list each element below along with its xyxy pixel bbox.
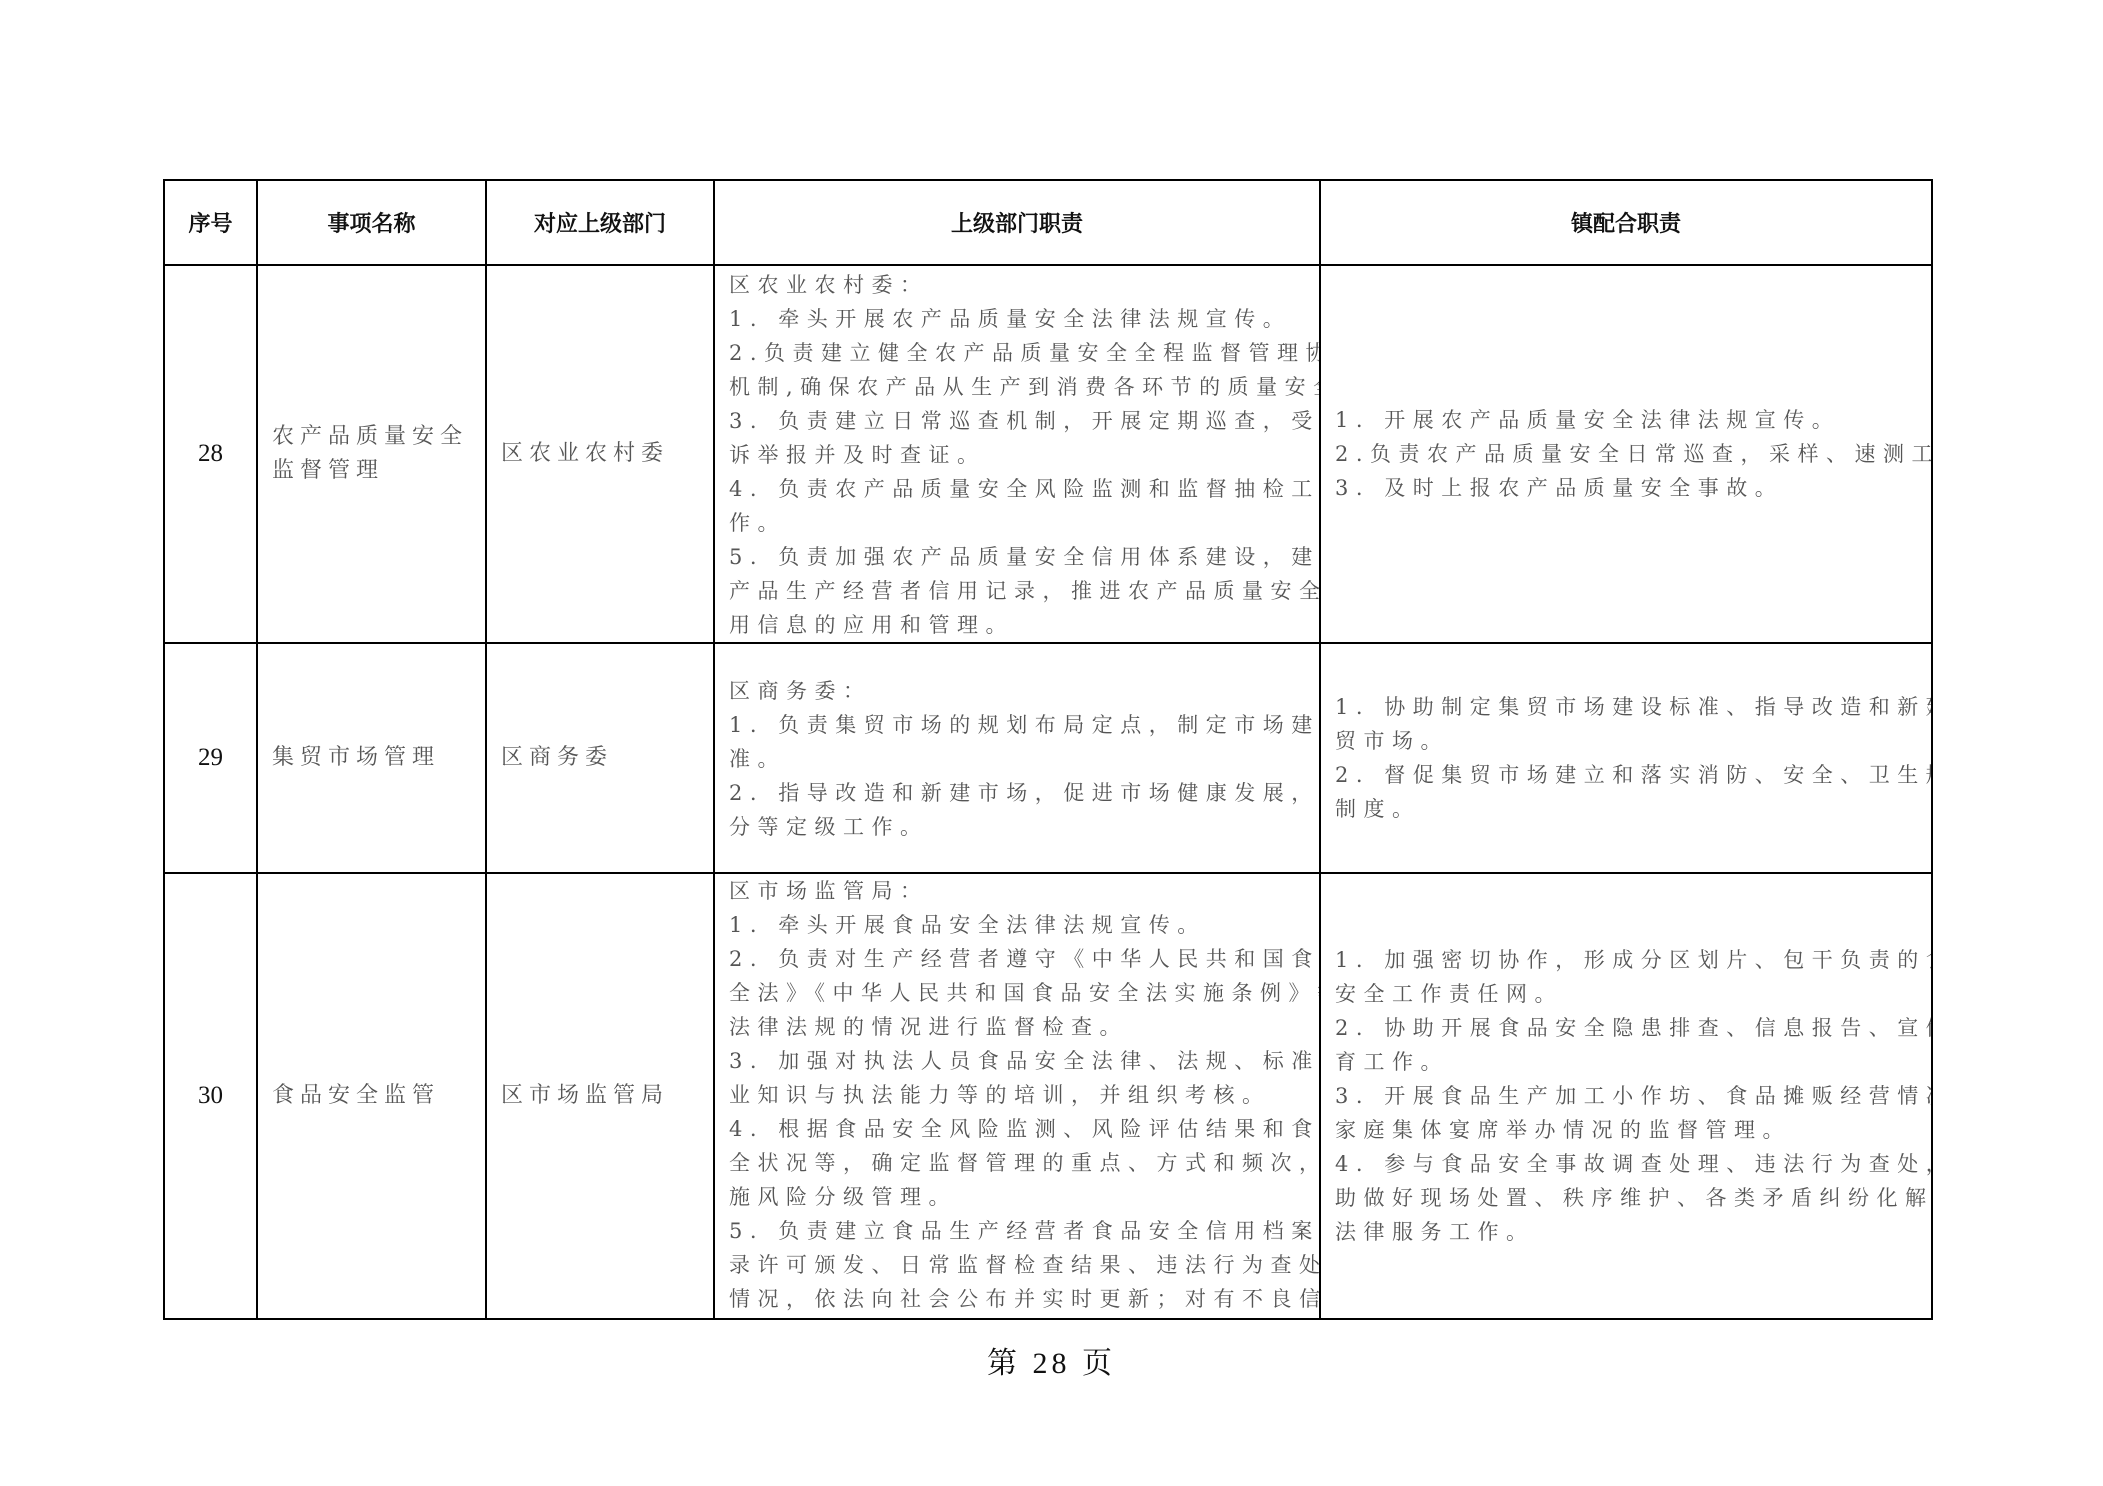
duty-line: 育工作。 xyxy=(1335,1045,1923,1079)
duty-line: 用信息的应用和管理。 xyxy=(729,608,1311,642)
row-seq: 28 xyxy=(164,265,257,643)
duty-line: 5. 负责建立食品生产经营者食品安全信用档案，记 xyxy=(729,1214,1311,1248)
document-page: 序号 事项名称 对应上级部门 上级部门职责 镇配合职责 28 农产品质量安全 监… xyxy=(0,0,2103,1486)
duty-line: 区农业农村委： xyxy=(729,268,1311,302)
item-name-line: 集贸市场管理 xyxy=(272,741,485,775)
duty-line: 全法》《中华人民共和国食品安全法实施条例》等 xyxy=(729,976,1311,1010)
duty-line: 3. 及时上报农产品质量安全事故。 xyxy=(1335,471,1923,505)
duty-line: 情况，依法向社会公布并实时更新；对有不良信用 xyxy=(729,1282,1311,1316)
duty-line: 录许可颁发、日常监督检查结果、违法行为查处等 xyxy=(729,1248,1311,1282)
duty-line: 4. 根据食品安全风险监测、风险评估结果和食品安 xyxy=(729,1112,1311,1146)
duty-line: 3. 负责建立日常巡查机制，开展定期巡查，受理投 xyxy=(729,404,1311,438)
duty-line: 制度。 xyxy=(1335,792,1923,826)
duty-line: 1. 负责集贸市场的规划布局定点，制定市场建设标 xyxy=(729,708,1311,742)
row-town-duties: 1. 加强密切协作，形成分区划片、包干负责的食品 安全工作责任网。 2. 协助开… xyxy=(1320,873,1932,1319)
duty-line: 1. 加强密切协作，形成分区划片、包干负责的食品 xyxy=(1335,943,1923,977)
item-name-line: 农产品质量安全 xyxy=(272,420,485,454)
row-seq: 30 xyxy=(164,873,257,1319)
duty-line: 准。 xyxy=(729,742,1311,776)
row-dept: 区农业农村委 xyxy=(486,265,714,643)
row-item-name: 食品安全监管 xyxy=(257,873,486,1319)
page-number: 第 28 页 xyxy=(0,1338,2103,1382)
row-town-duties: 1. 开展农产品质量安全法律法规宣传。 2.负责农产品质量安全日常巡查，采样、速… xyxy=(1320,265,1932,643)
duty-line: 法律法规的情况进行监督检查。 xyxy=(729,1010,1311,1044)
duty-line: 1. 开展农产品质量安全法律法规宣传。 xyxy=(1335,403,1923,437)
duty-line: 3. 加强对执法人员食品安全法律、法规、标准和专 xyxy=(729,1044,1311,1078)
duty-line: 2.负责农产品质量安全日常巡查，采样、速测工作。 xyxy=(1335,437,1923,471)
row-seq: 29 xyxy=(164,643,257,873)
duty-line: 区市场监管局： xyxy=(729,874,1311,908)
duty-line: 2. 负责对生产经营者遵守《中华人民共和国食品安 xyxy=(729,942,1311,976)
row-upper-duties: 区商务委： 1. 负责集贸市场的规划布局定点，制定市场建设标 准。 2. 指导改… xyxy=(714,643,1320,873)
duty-line: 2. 指导改造和新建市场，促进市场健康发展，开展 xyxy=(729,776,1311,810)
duty-line: 1. 牵头开展农产品质量安全法律法规宣传。 xyxy=(729,302,1311,336)
duty-line: 2. 协助开展食品安全隐患排查、信息报告、宣传教 xyxy=(1335,1011,1923,1045)
duty-line: 2. 督促集贸市场建立和落实消防、安全、卫生规章 xyxy=(1335,758,1923,792)
duty-line: 施风险分级管理。 xyxy=(729,1180,1311,1214)
duty-line: 诉举报并及时查证。 xyxy=(729,438,1311,472)
duty-line: 作。 xyxy=(729,506,1311,540)
duty-line: 助做好现场处置、秩序维护、各类矛盾纠纷化解和 xyxy=(1335,1181,1923,1215)
duty-line: 业知识与执法能力等的培训，并组织考核。 xyxy=(729,1078,1311,1112)
header-upper-dept: 对应上级部门 xyxy=(486,180,714,265)
header-seq: 序号 xyxy=(164,180,257,265)
header-item-name: 事项名称 xyxy=(257,180,486,265)
duty-line: 4. 负责农产品质量安全风险监测和监督抽检工 xyxy=(729,472,1311,506)
table-header-row: 序号 事项名称 对应上级部门 上级部门职责 镇配合职责 xyxy=(164,180,1932,265)
duty-line: 5. 负责加强农产品质量安全信用体系建设，建立农 xyxy=(729,540,1311,574)
duty-line: 分等定级工作。 xyxy=(729,810,1311,844)
row-item-name: 农产品质量安全 监督管理 xyxy=(257,265,486,643)
duty-line: 安全工作责任网。 xyxy=(1335,977,1923,1011)
row-upper-duties: 区市场监管局： 1. 牵头开展食品安全法律法规宣传。 2. 负责对生产经营者遵守… xyxy=(714,873,1320,1319)
duty-line: 机制,确保农产品从生产到消费各环节的质量安全。 xyxy=(729,370,1311,404)
duty-line: 贸市场。 xyxy=(1335,724,1923,758)
responsibility-table: 序号 事项名称 对应上级部门 上级部门职责 镇配合职责 28 农产品质量安全 监… xyxy=(163,179,1933,1320)
row-item-name: 集贸市场管理 xyxy=(257,643,486,873)
header-town-duties: 镇配合职责 xyxy=(1320,180,1932,265)
duty-line: 法律服务工作。 xyxy=(1335,1215,1923,1249)
duty-line: 3. 开展食品生产加工小作坊、食品摊贩经营情况、 xyxy=(1335,1079,1923,1113)
duty-line: 全状况等，确定监督管理的重点、方式和频次，实 xyxy=(729,1146,1311,1180)
row-town-duties: 1. 协助制定集贸市场建设标准、指导改造和新建集 贸市场。 2. 督促集贸市场建… xyxy=(1320,643,1932,873)
duty-line: 4. 参与食品安全事故调查处理、违法行为查处，协 xyxy=(1335,1147,1923,1181)
row-upper-duties: 区农业农村委： 1. 牵头开展农产品质量安全法律法规宣传。 2.负责建立健全农产… xyxy=(714,265,1320,643)
header-upper-duties: 上级部门职责 xyxy=(714,180,1320,265)
table-row: 29 集贸市场管理 区商务委 区商务委： 1. 负责集贸市场的规划布局定点，制定… xyxy=(164,643,1932,873)
table-row: 28 农产品质量安全 监督管理 区农业农村委 区农业农村委： 1. 牵头开展农产… xyxy=(164,265,1932,643)
duty-line: 1. 牵头开展食品安全法律法规宣传。 xyxy=(729,908,1311,942)
item-name-line: 监督管理 xyxy=(272,454,485,488)
duty-line: 家庭集体宴席举办情况的监督管理。 xyxy=(1335,1113,1923,1147)
item-name-line: 食品安全监管 xyxy=(272,1079,485,1113)
table-row: 30 食品安全监管 区市场监管局 区市场监管局： 1. 牵头开展食品安全法律法规… xyxy=(164,873,1932,1319)
duty-line: 区商务委： xyxy=(729,674,1311,708)
duty-line: 产品生产经营者信用记录，推进农产品质量安全信 xyxy=(729,574,1311,608)
row-dept: 区市场监管局 xyxy=(486,873,714,1319)
duty-line: 1. 协助制定集贸市场建设标准、指导改造和新建集 xyxy=(1335,690,1923,724)
row-dept: 区商务委 xyxy=(486,643,714,873)
duty-line: 2.负责建立健全农产品质量安全全程监督管理协作 xyxy=(729,336,1311,370)
